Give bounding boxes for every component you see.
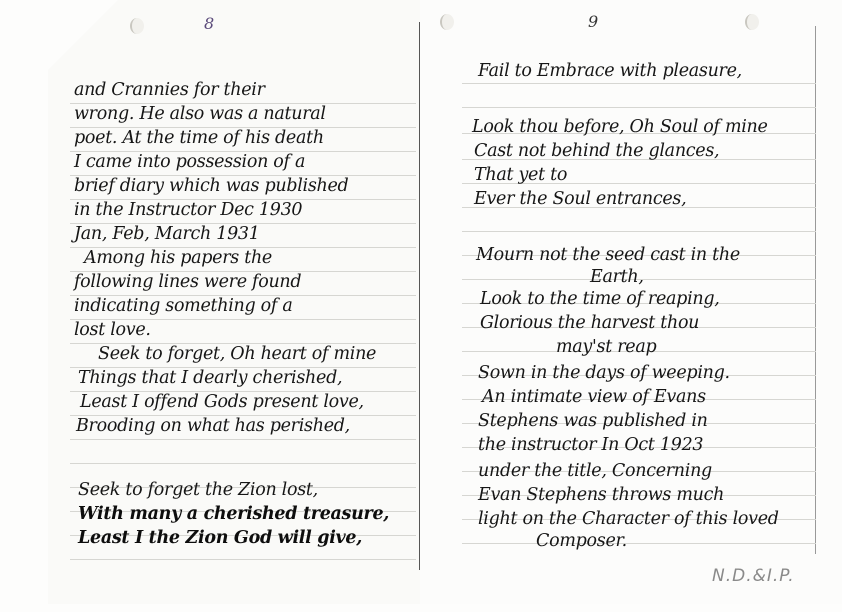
punch-hole	[745, 14, 759, 30]
text-line: in the Instructor Dec 1930	[74, 199, 302, 221]
text-line: Stephens was published in	[478, 410, 708, 432]
page-number-left: 8	[204, 14, 214, 33]
poem-line: Least I the Zion God will give,	[78, 527, 362, 549]
text-line: light on the Character of this loved	[478, 508, 779, 530]
ruled-line	[462, 543, 816, 544]
text-line: indicating something of a	[74, 295, 292, 317]
text-line: and Crannies for their	[74, 79, 265, 101]
poem-line: Brooding on what has perished,	[76, 415, 350, 437]
poem-line: Seek to forget, Oh heart of mine	[98, 343, 376, 365]
ruled-line	[462, 83, 816, 84]
poem-line: That yet to	[474, 164, 567, 186]
right-margin-line	[815, 26, 816, 554]
poem-line: Ever the Soul entrances,	[474, 188, 686, 210]
text-line: Evan Stephens throws much	[478, 484, 724, 506]
text-line: An intimate view of Evans	[482, 386, 706, 408]
poem-line: Look to the time of reaping,	[480, 288, 720, 310]
punch-hole	[130, 18, 144, 34]
poem-line: Glorious the harvest thou	[480, 312, 699, 334]
poem-line: Look thou before, Oh Soul of mine	[472, 116, 768, 138]
poem-line: With many a cherished treasure,	[78, 503, 389, 525]
poem-line: Fail to Embrace with pleasure,	[478, 60, 742, 82]
text-line: Among his papers the	[84, 247, 272, 269]
ruled-line	[462, 231, 816, 232]
scanned-document: 8 and Crannies for their wrong. He also …	[0, 0, 842, 612]
text-line: Jan, Feb, March 1931	[74, 223, 260, 245]
poem-line: Least I offend Gods present love,	[80, 391, 364, 413]
text-line: brief diary which was published	[74, 175, 348, 197]
poem-line: Cast not behind the glances,	[474, 140, 719, 162]
text-line: under the title, Concerning	[478, 460, 712, 482]
punch-hole	[440, 14, 454, 30]
poem-line: Things that I dearly cherished,	[78, 367, 342, 389]
poem-line: Sown in the days of weeping.	[478, 362, 730, 384]
text-line: poet. At the time of his death	[74, 127, 324, 149]
text-line: following lines were found	[74, 271, 301, 293]
ruled-line	[70, 439, 416, 440]
text-line: the instructor In Oct 1923	[478, 434, 703, 456]
page-number-right: 9	[588, 12, 598, 31]
text-line: wrong. He also was a natural	[74, 103, 326, 125]
text-line: lost love.	[74, 319, 151, 341]
ruled-line	[70, 559, 416, 560]
poem-line: Seek to forget the Zion lost,	[78, 479, 318, 501]
poem-line: Mourn not the seed cast in the	[476, 244, 740, 266]
text-line: I came into possession of a	[74, 151, 305, 173]
ruled-line	[70, 463, 416, 464]
text-line: Composer.	[536, 530, 627, 552]
poem-line: Earth,	[590, 266, 644, 288]
ruled-line	[462, 107, 816, 108]
poem-line: may'st reap	[556, 336, 656, 358]
archive-stamp: N.D.&I.P.	[712, 566, 795, 586]
